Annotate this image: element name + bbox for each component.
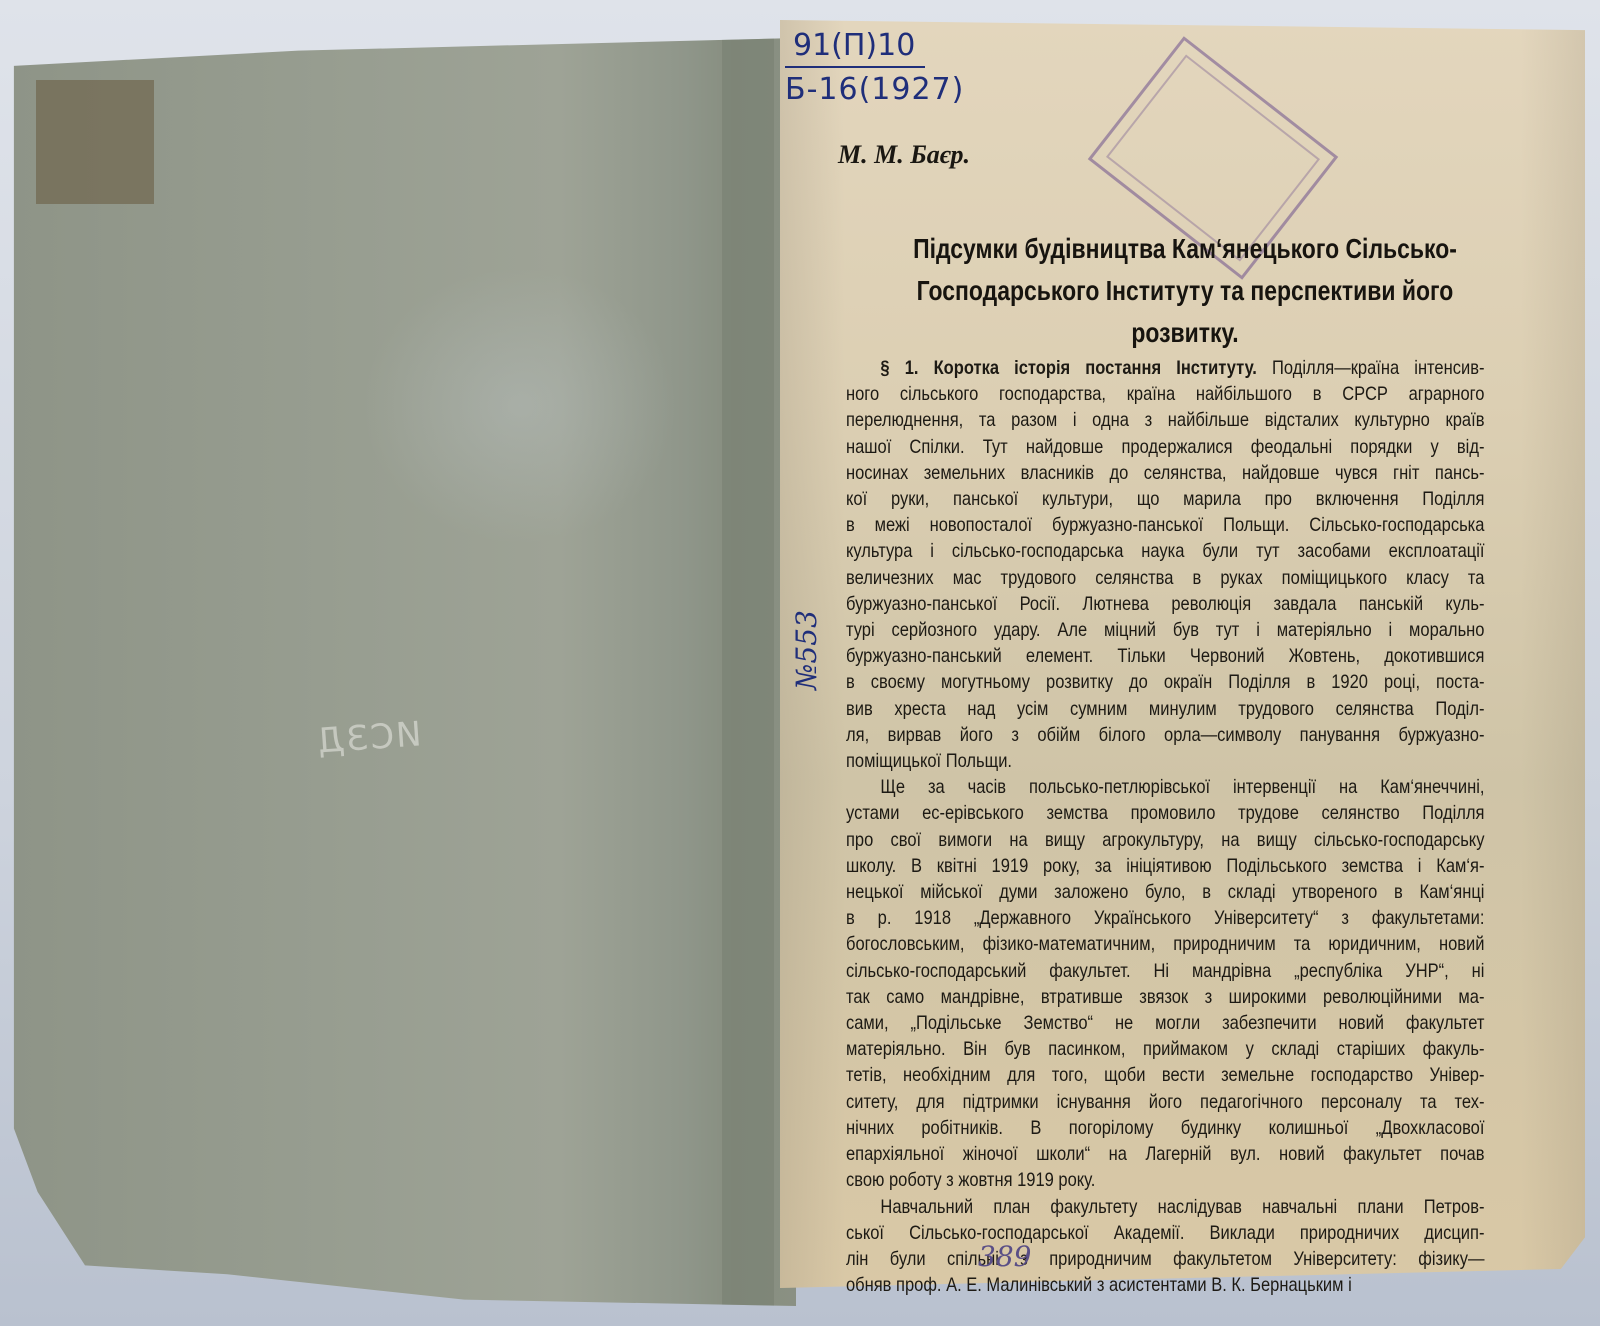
text-line: Ще за часів польсько-петлюрівської інтер… [846,775,1484,801]
text-line: ської Сільсько-господарської Академії. В… [846,1221,1484,1247]
paragraph-2: Ще за часів польсько-петлюрівської інтер… [846,775,1486,1194]
text-line: сільсько-господарський факультет. Ні ман… [846,959,1484,985]
cover-scratched-mark: ИСЗД [315,714,423,761]
text-line: в межі новопосталої буржуазно-панської П… [846,513,1484,539]
text-line: про свої вимоги на вищу агрокультуру, на… [846,828,1484,854]
handwritten-page-number: 389 [978,1240,1031,1273]
text-line: величезних мас трудового селянства в рук… [846,566,1484,592]
text-line: обняв проф. А. Е. Малинівський з асистен… [846,1273,1484,1299]
text-line: свою роботу з жовтня 1919 року. [846,1168,1484,1194]
author-name: М. М. Баєр. [838,140,970,170]
title-line: Господарського Інституту та перспективи … [886,270,1485,312]
text-line: перелюднення, та разом і одна з найбільш… [846,408,1484,434]
text-line: культура і сільсько-господарська наука б… [846,539,1484,565]
text-line: школу. В квітні 1919 року, за ініціятиво… [846,854,1484,880]
paragraph-1: ного сільського господарства, країна най… [846,382,1486,775]
document-title: Підсумки будівництва Кам‘янецького Сільс… [886,228,1485,354]
cover-stain [362,266,678,545]
text-line: ля, вирвав його з обійм білого орла—симв… [846,723,1484,749]
text-line: нецької мійської думи заложено було, в с… [846,880,1484,906]
title-line: розвитку. [886,312,1485,354]
cover-label-patch [36,80,154,204]
call-number: 91(П)10 Б-16(1927) [785,28,964,108]
text-line: в р. 1918 „Державного Українського Уніве… [846,906,1484,932]
paragraph-3: Навчальний план факультету наслідував на… [846,1195,1486,1300]
text-line: богословським, фізико-математичним, прир… [846,932,1484,958]
fraction-bar [785,66,925,68]
body-text: § 1. Коротка історія постання Інституту.… [846,356,1486,1299]
text-line: носинах земельних власників до селянства… [846,461,1484,487]
section-heading: § 1. Коротка історія постання Інституту. [880,358,1256,379]
cover-spine-band [722,38,774,1306]
text-line: матеріяльно. Він був пасинком, приймаком… [846,1037,1484,1063]
text-line: Навчальний план факультету наслідував на… [846,1195,1484,1221]
text-line: тетів, необхідним для того, щоби вести з… [846,1063,1484,1089]
text-line: буржуазно-панський елемент. Тільки Черво… [846,644,1484,670]
title-line: Підсумки будівництва Кам‘янецького Сільс… [886,228,1485,270]
text-line: нашої Спілки. Тут найдовше продержалися … [846,435,1484,461]
text-line: буржуазно-панської Росії. Лютнева револю… [846,592,1484,618]
text-line: поміщицької Польщи. [846,749,1484,775]
front-cover: ИСЗД [6,38,796,1306]
text-line: епархіяльної жіночої школи“ на Лагерній … [846,1142,1484,1168]
text-line: устами ес-ерівського земства промовило т… [846,801,1484,827]
paragraph-1-line-first: § 1. Коротка історія постання Інституту.… [846,356,1484,382]
call-number-numerator: 91(П)10 [785,28,964,64]
paragraph-text: Поділля—країна інтенсив- [1272,358,1484,379]
text-line: вив хреста над усім сумним минулим трудо… [846,697,1484,723]
text-line: так само мандрівне, втративше звязок з ш… [846,985,1484,1011]
text-line: кої руки, панської культури, що марила п… [846,487,1484,513]
text-line: турі серйозного удару. Але міцний був ту… [846,618,1484,644]
handwritten-inventory-number: №553 [790,610,823,690]
call-number-denominator: Б-16(1927) [785,72,964,108]
text-line: лін були спільні з природничим факультет… [846,1247,1484,1273]
text-line: сами, „Подільське Земство“ не могли забе… [846,1011,1484,1037]
text-line: ситету, для підтримки існування його пед… [846,1090,1484,1116]
text-line: нічних робітників. В погорілому будинку … [846,1116,1484,1142]
text-line: ного сільського господарства, країна най… [846,382,1484,408]
text-line: в своєму могутньому розвитку до окраїн П… [846,670,1484,696]
